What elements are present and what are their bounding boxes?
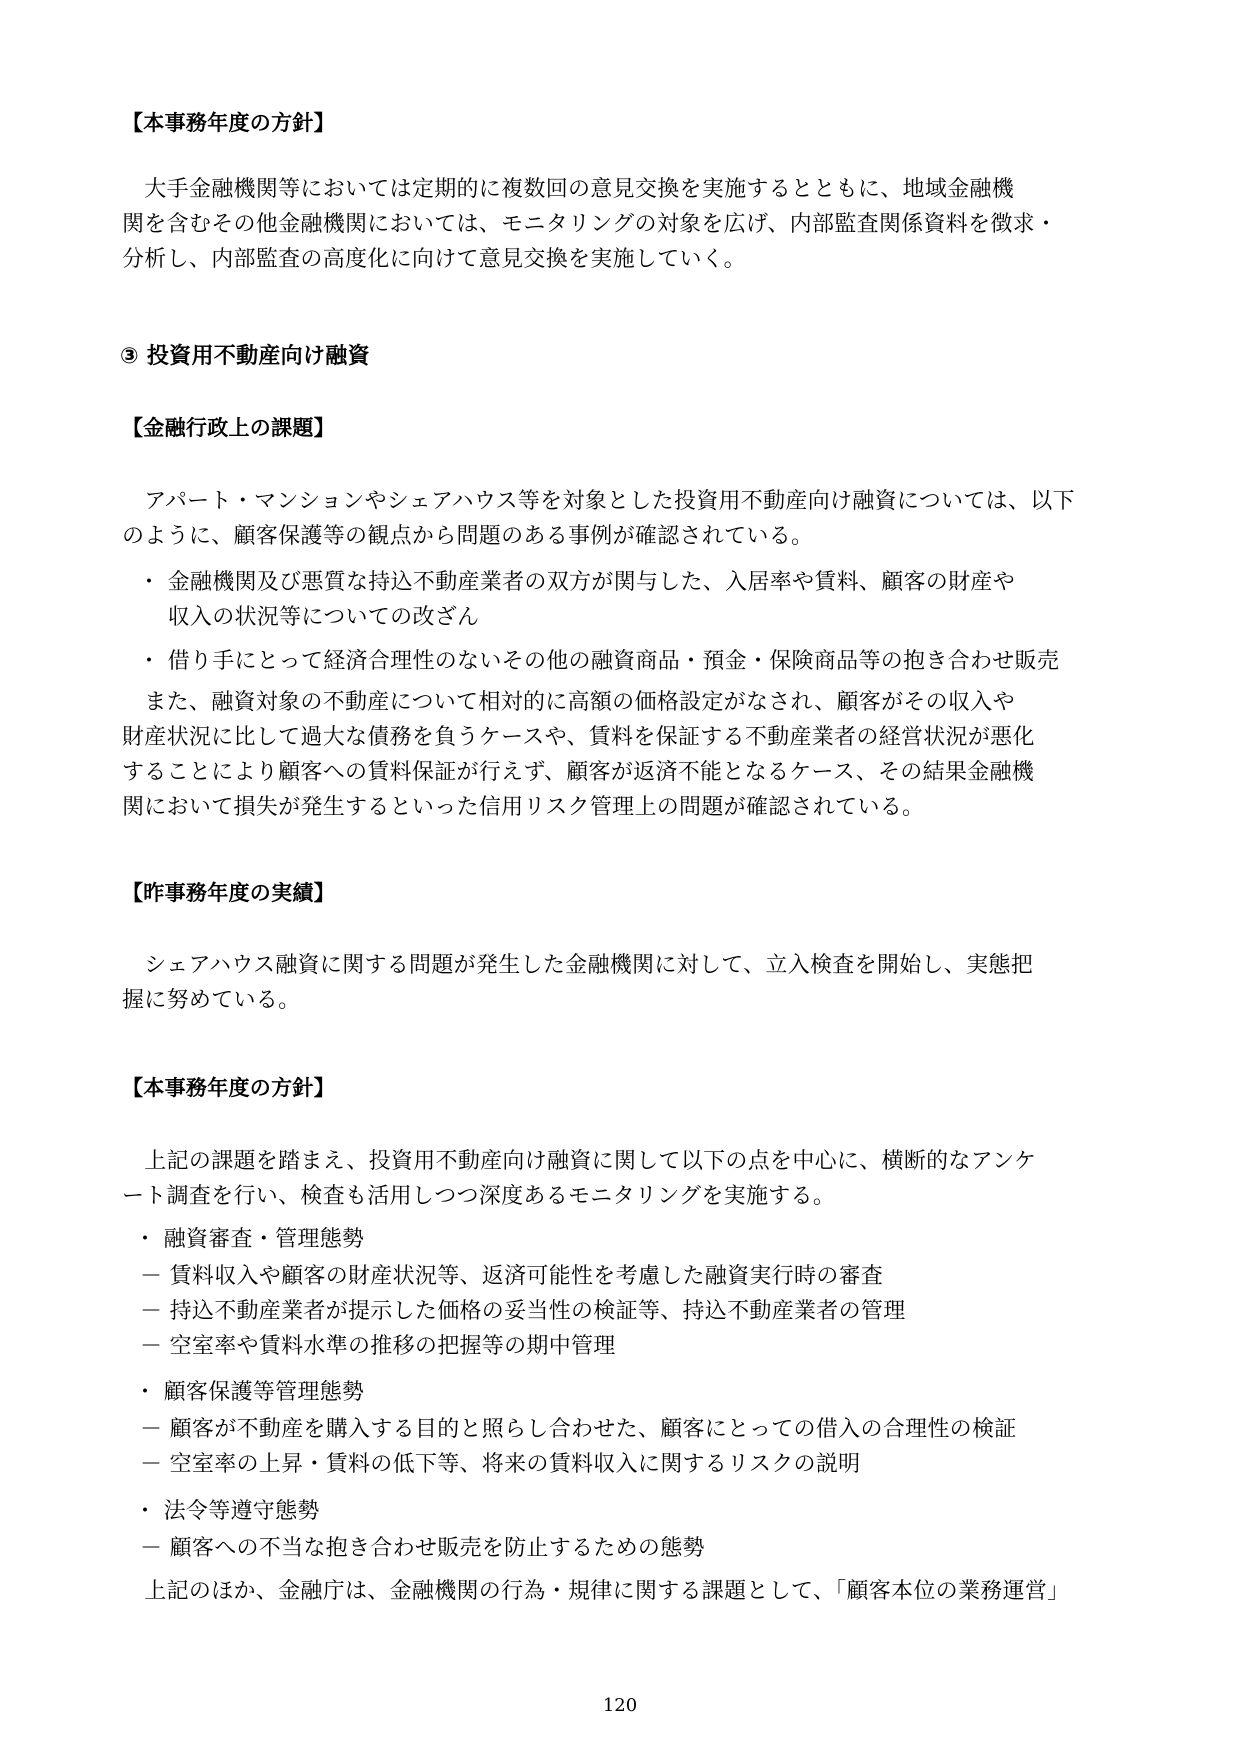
bullet-item: ・ 借り手にとって経済合理性のないその他の融資商品・預金・保険商品等の抱き合わせ…	[138, 647, 1059, 677]
paragraph-line: 関において損失が発生するといった信用リスク管理上の問題が確認されている。	[122, 793, 924, 823]
bullet-item: ・ 金融機関及び悪質な持込不動産業者の双方が関与した、入居率や賃料、顧客の財産や	[138, 568, 1015, 598]
policy-heading: 【本事務年度の方針】	[122, 1073, 335, 1103]
paragraph-line: また、融資対象の不動産について相対的に高額の価格設定がなされ、顧客がその収入や	[122, 688, 1015, 718]
paragraph-line: ート調査を行い、検査も活用しつつ深度あるモニタリングを実施する。	[122, 1182, 835, 1212]
closing-paragraph-line: 上記のほか、金融庁は、金融機関の行為・規律に関する課題として、「顧客本位の業務運…	[122, 1577, 1069, 1607]
sub-item: － 持込不動産業者が提示した価格の妥当性の検証等、持込不動産業者の管理	[140, 1297, 906, 1327]
section-title: ③ 投資用不動産向け融資	[120, 342, 370, 372]
document-page: 【本事務年度の方針】 大手金融機関等においては定期的に複数回の意見交換を実施する…	[0, 0, 1240, 1755]
sub-item: － 顧客が不動産を購入する目的と照らし合わせた、顧客にとっての借入の合理性の検証	[140, 1415, 1017, 1445]
bullet-group-title: ・ 顧客保護等管理態勢	[134, 1378, 364, 1408]
paragraph-line: 上記の課題を踏まえ、投資用不動産向け融資に関して以下の点を中心に、横断的なアンケ	[122, 1147, 1036, 1177]
paragraph-line: アパート・マンションやシェアハウス等を対象とした投資用不動産向け融資については、…	[122, 487, 1075, 517]
sub-item: － 空室率の上昇・賃料の低下等、将来の賃料収入に関するリスクの説明	[140, 1450, 860, 1480]
paragraph-line: シェアハウス融資に関する問題が発生した金融機関に対して、立入検査を開始し、実態把	[122, 951, 1033, 981]
page-number: 120	[0, 1695, 1240, 1716]
bullet-item-continuation: 収入の状況等についての改ざん	[138, 603, 479, 633]
sub-item: － 空室率や賃料水準の推移の把握等の期中管理	[140, 1332, 616, 1362]
paragraph-line: することにより顧客への賃料保証が行えず、顧客が返済不能となるケース、その結果金融…	[122, 758, 1034, 788]
paragraph-line: 分析し、内部監査の高度化に向けて意見交換を実施していく。	[122, 245, 746, 275]
issues-heading: 【金融行政上の課題】	[122, 413, 335, 443]
bullet-group-title: ・ 融資審査・管理態勢	[134, 1225, 364, 1255]
paragraph-line: 関を含むその他金融機関においては、モニタリングの対象を広げ、内部監査関係資料を徴…	[122, 210, 1057, 240]
bullet-group-title: ・ 法令等遵守態勢	[134, 1497, 320, 1527]
sub-item: － 顧客への不当な抱き合わせ販売を防止するための態勢	[140, 1534, 705, 1564]
paragraph-line: 大手金融機関等においては定期的に複数回の意見交換を実施するとともに、地域金融機	[122, 175, 1014, 205]
sub-item: － 賃料収入や顧客の財産状況等、返済可能性を考慮した融資実行時の審査	[140, 1262, 883, 1292]
paragraph-line: 握に努めている。	[122, 986, 300, 1016]
policy-heading: 【本事務年度の方針】	[122, 108, 335, 138]
results-heading: 【昨事務年度の実績】	[122, 878, 335, 908]
paragraph-line: 財産状況に比して過大な債務を負うケースや、賃料を保証する不動産業者の経営状況が悪…	[122, 723, 1035, 753]
paragraph-line: のように、顧客保護等の観点から問題のある事例が確認されている。	[122, 522, 813, 552]
